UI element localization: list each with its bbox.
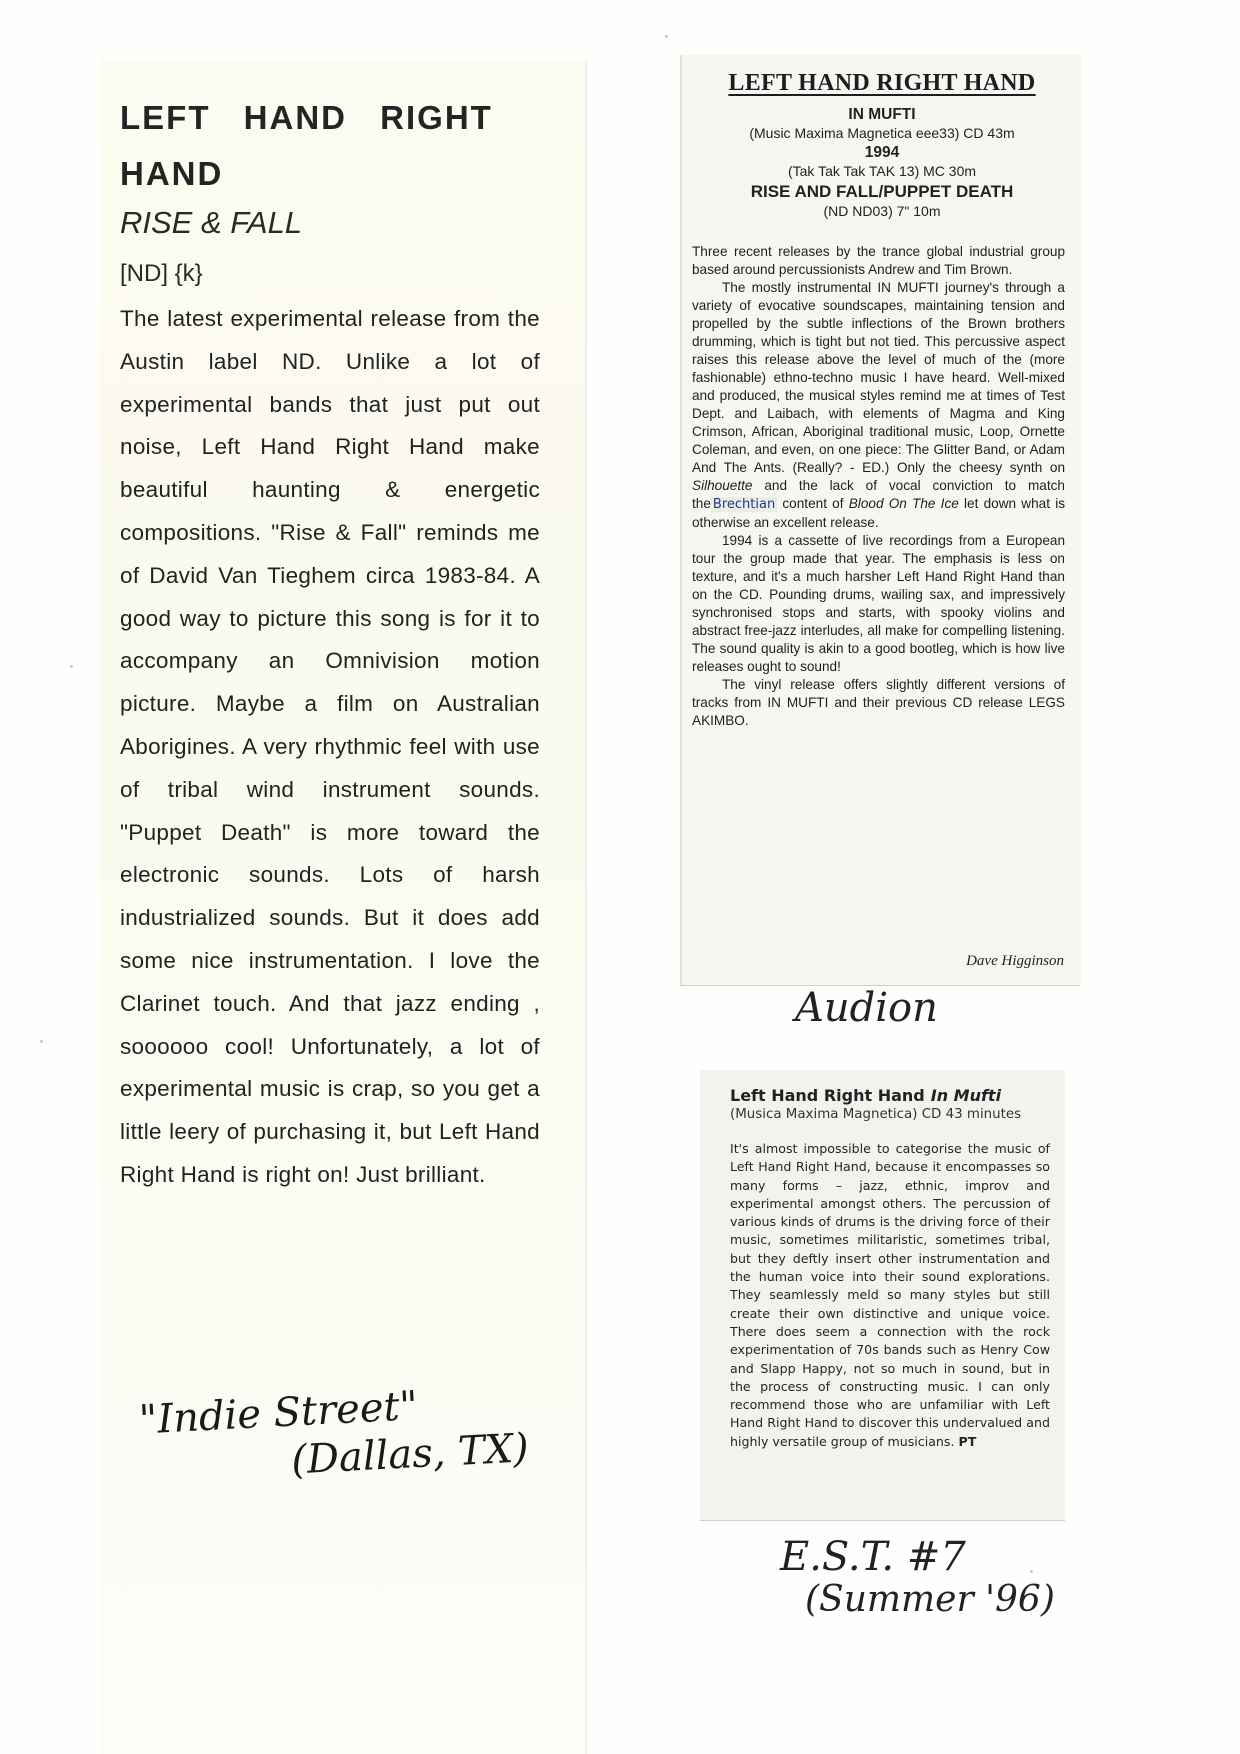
release-details: (Tak Tak Tak TAK 13) MC 30m — [692, 162, 1072, 181]
release-title: RISE & FALL — [120, 205, 302, 241]
handwritten-annotation: Brechtian — [711, 497, 777, 512]
review-body: The latest experimental release from the… — [120, 298, 540, 1197]
italic-title: Blood On The Ice — [849, 496, 959, 511]
author-signature: Dave Higginson — [966, 953, 1064, 970]
handwritten-line: (Summer '96) — [780, 1579, 1055, 1621]
text-run: content of — [777, 496, 849, 511]
text-run: The mostly instrumental IN MUFTI journey… — [692, 280, 1065, 475]
review-header: Left Hand Right HandIn Mufti (Musica Max… — [730, 1086, 1060, 1122]
scan-speck — [70, 665, 73, 668]
review-body: It's almost impossible to categorise the… — [730, 1140, 1050, 1451]
clipping-est: Left Hand Right HandIn Mufti (Musica Max… — [700, 1070, 1065, 1521]
review-text: The latest experimental release from the… — [120, 298, 540, 1197]
release-title: RISE AND FALL/PUPPET DEATH — [692, 181, 1072, 202]
release-title: 1994 — [692, 143, 1072, 162]
paragraph: The vinyl release offers slightly differ… — [692, 676, 1065, 730]
review-body: Three recent releases by the trance glob… — [692, 243, 1065, 730]
clipping-indie-street: LEFT HAND RIGHT HAND RISE & FALL [ND] {k… — [100, 60, 587, 1754]
release-title: In Mufti — [931, 1086, 1001, 1105]
author-initials: PT — [958, 1434, 976, 1449]
release-list: IN MUFTI (Music Maxima Magnetica eee33) … — [692, 105, 1072, 221]
review-title: LEFT HAND RIGHT HAND — [692, 70, 1072, 97]
release-details: (ND ND03) 7" 10m — [692, 202, 1072, 221]
scan-speck — [1030, 1570, 1033, 1573]
release-details: (Musica Maxima Magnetica) CD 43 minutes — [730, 1107, 1060, 1122]
italic-title: Silhouette — [692, 478, 752, 493]
text-run: It's almost impossible to categorise the… — [730, 1141, 1050, 1449]
paragraph: It's almost impossible to categorise the… — [730, 1140, 1050, 1451]
review-title: LEFT HAND RIGHT HAND — [120, 90, 540, 202]
artist-name: Left Hand Right Hand — [730, 1086, 925, 1105]
release-title: IN MUFTI — [692, 105, 1072, 124]
paragraph: The mostly instrumental IN MUFTI journey… — [692, 279, 1065, 532]
handwritten-source-audion: Audion — [795, 985, 938, 1031]
scan-speck — [665, 35, 668, 38]
label-rating: [ND] {k} — [120, 260, 203, 288]
scan-speck — [40, 1040, 43, 1043]
clipping-audion: LEFT HAND RIGHT HAND IN MUFTI (Music Max… — [680, 55, 1082, 985]
handwritten-source-est: E.S.T. #7 (Summer '96) — [780, 1535, 1055, 1621]
release-details: (Music Maxima Magnetica eee33) CD 43m — [692, 124, 1072, 143]
paragraph: Three recent releases by the trance glob… — [692, 243, 1065, 279]
paragraph: 1994 is a cassette of live recordings fr… — [692, 532, 1065, 676]
review-title: Left Hand Right HandIn Mufti — [730, 1086, 1060, 1105]
handwritten-line: E.S.T. #7 — [780, 1535, 1055, 1579]
